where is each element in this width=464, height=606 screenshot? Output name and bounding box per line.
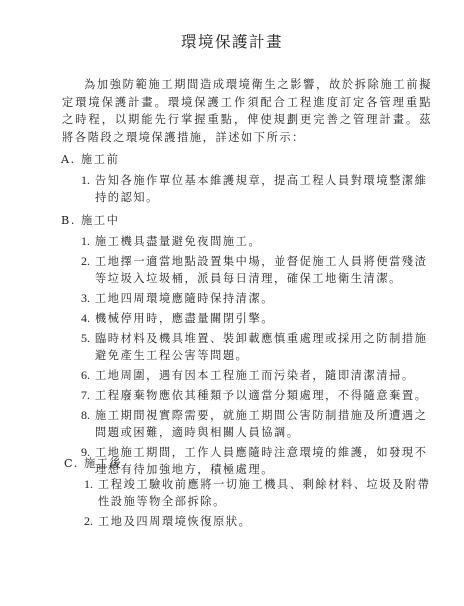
section-heading: A. 施工前	[61, 151, 441, 168]
item-number: 4.	[81, 310, 90, 327]
item-number: 1.	[81, 172, 90, 189]
section-during-construction: B. 施工中 1.施工機具盡量避免夜間施工。 2.工地擇一適當地點設置集中場，並…	[61, 212, 441, 481]
item-text: 告知各施作單位基本維護規章，提高工程人員對環境整潔維持的認知。	[95, 174, 427, 204]
item-number: 2.	[81, 253, 90, 270]
item-text: 工程竣工驗收前應將一切施工機具、剩餘材料、垃圾及附帶性設施等物全部拆除。	[98, 478, 430, 508]
document-page: 環境保護計畫 為加強防範施工期間造成環境衛生之影響，故於拆除施工前擬定環境保護計…	[0, 0, 464, 606]
item-list: 1.工程竣工驗收前應將一切施工機具、剩餘材料、垃圾及附帶性設施等物全部拆除。 2…	[64, 476, 444, 530]
document-title: 環境保護計畫	[0, 30, 464, 52]
intro-paragraph: 為加強防範施工期間造成環境衛生之影響，故於拆除施工前擬定環境保護計畫。環境保護工…	[62, 76, 432, 146]
section-after-construction: C. 施工後 1.工程竣工驗收前應將一切施工機具、剩餘材料、垃圾及附帶性設施等物…	[64, 455, 444, 533]
item-text: 施工期間視實際需要，就施工期間公害防制措施及所遭遇之問題或困難，適時與相關人員協…	[95, 409, 427, 439]
list-item: 1.施工機具盡量避免夜間施工。	[81, 233, 435, 250]
item-number: 1.	[84, 476, 93, 493]
list-item: 7.工程廢棄物應依其種類予以適當分類處理，不得隨意棄置。	[81, 387, 435, 404]
item-number: 2.	[84, 513, 93, 530]
list-item: 5.臨時材料及機具堆置、裝卸載應慎重處理或採用之防制措施避免產生工程公害等問題。	[81, 330, 435, 364]
item-text: 工地四周環境應隨時保持清潔。	[95, 292, 274, 305]
section-before-construction: A. 施工前 1.告知各施作單位基本維護規章，提高工程人員對環境整潔維持的認知。	[61, 151, 441, 209]
item-text: 工程廢棄物應依其種類予以適當分類處理，不得隨意棄置。	[95, 389, 427, 402]
list-item: 1.工程竣工驗收前應將一切施工機具、剩餘材料、垃圾及附帶性設施等物全部拆除。	[84, 476, 438, 510]
list-item: 1.告知各施作單位基本維護規章，提高工程人員對環境整潔維持的認知。	[81, 172, 435, 206]
item-number: 5.	[81, 330, 90, 347]
list-item: 3.工地四周環境應隨時保持清潔。	[81, 290, 435, 307]
section-heading: B. 施工中	[61, 212, 441, 229]
item-number: 6.	[81, 367, 90, 384]
item-number: 3.	[81, 290, 90, 307]
item-text: 機械停用時，應盡量關閉引擎。	[95, 312, 274, 325]
item-list: 1.告知各施作單位基本維護規章，提高工程人員對環境整潔維持的認知。	[61, 172, 441, 206]
item-text: 工地周圍，遇有因本工程施工而污染者，隨即清潔清掃。	[95, 369, 415, 382]
item-text: 工地及四周環境恢復原狀。	[98, 515, 251, 528]
list-item: 2.工地擇一適當地點設置集中場，並督促施工人員將便當殘渣等垃圾入垃圾桶，派員每日…	[81, 253, 435, 287]
item-text: 施工機具盡量避免夜間施工。	[95, 235, 261, 248]
item-number: 7.	[81, 387, 90, 404]
list-item: 6.工地周圍，遇有因本工程施工而污染者，隨即清潔清掃。	[81, 367, 435, 384]
list-item: 4.機械停用時，應盡量關閉引擎。	[81, 310, 435, 327]
item-number: 8.	[81, 407, 90, 424]
item-list: 1.施工機具盡量避免夜間施工。 2.工地擇一適當地點設置集中場，並督促施工人員將…	[61, 233, 441, 478]
item-text: 臨時材料及機具堆置、裝卸載應慎重處理或採用之防制措施避免產生工程公害等問題。	[95, 332, 427, 362]
list-item: 8.施工期間視實際需要，就施工期間公害防制措施及所遭遇之問題或困難，適時與相關人…	[81, 407, 435, 441]
item-text: 工地擇一適當地點設置集中場，並督促施工人員將便當殘渣等垃圾入垃圾桶，派員每日清理…	[95, 255, 427, 285]
list-item: 2.工地及四周環境恢復原狀。	[84, 513, 438, 530]
item-number: 1.	[81, 233, 90, 250]
section-heading: C. 施工後	[64, 455, 444, 472]
